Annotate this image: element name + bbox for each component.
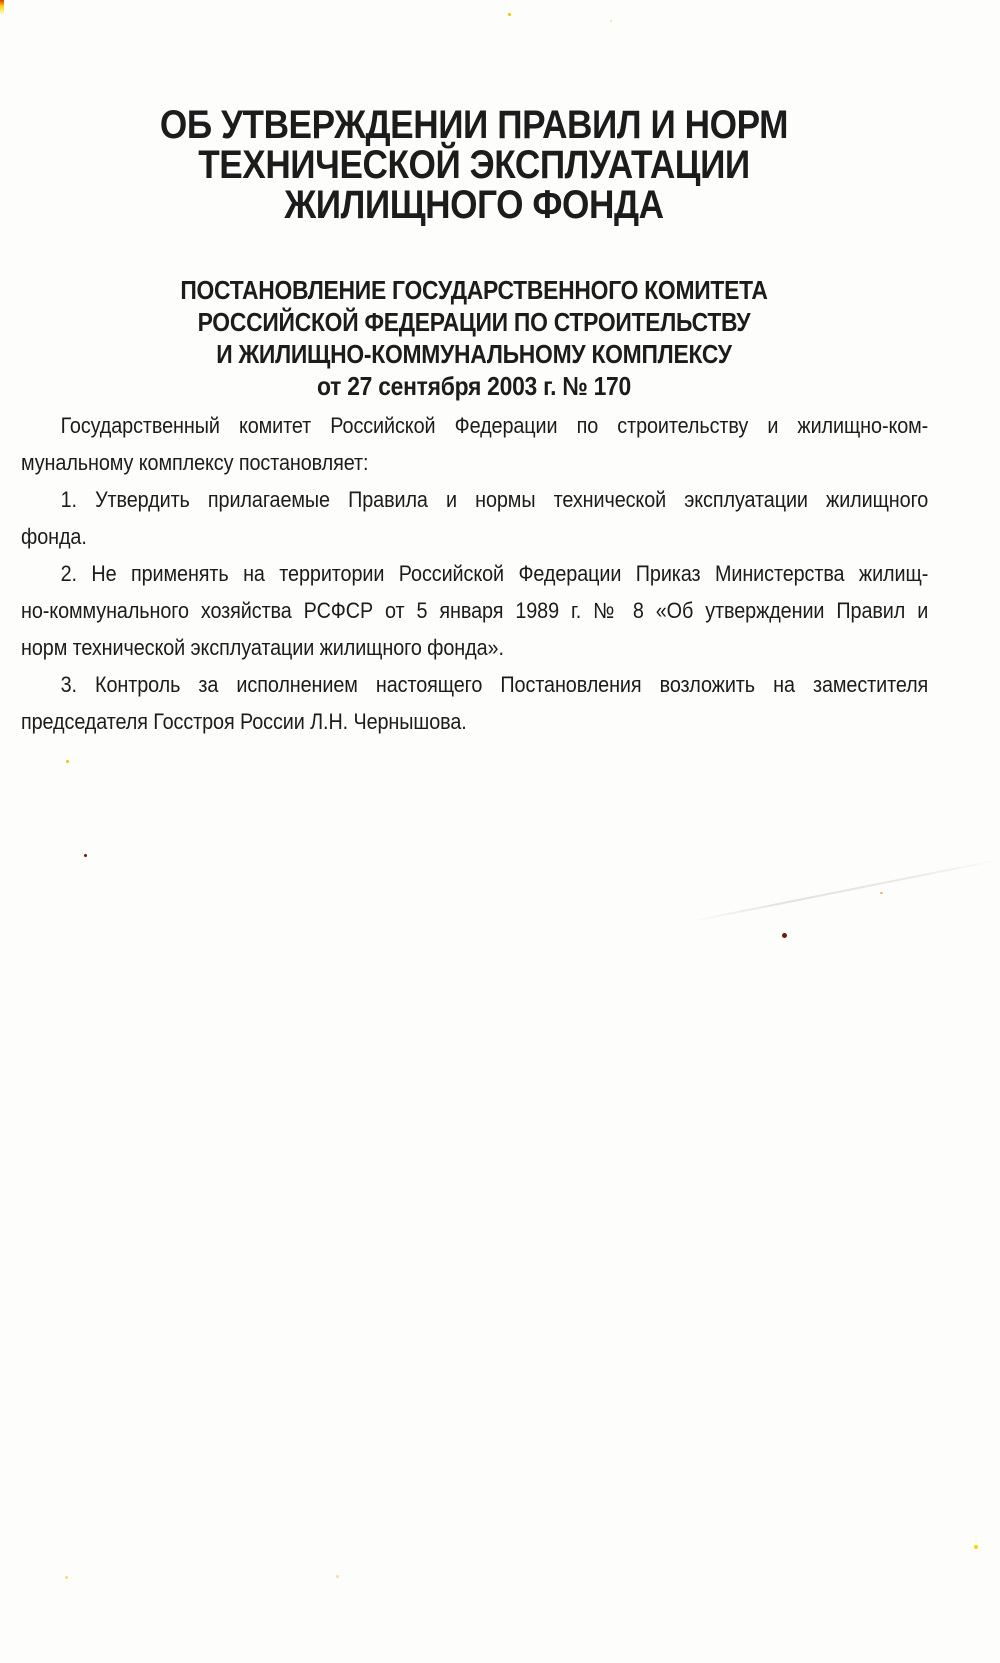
scan-speck xyxy=(782,933,787,938)
main-title: ОБ УТВЕРЖДЕНИИ ПРАВИЛ И НОРМ ТЕХНИЧЕСКОЙ… xyxy=(34,105,914,225)
body-line-6: но-коммунального хозяйства РСФСР от 5 ян… xyxy=(21,592,928,629)
scan-speck xyxy=(65,1576,68,1579)
decree-date: от 27 сентября 2003 г. № 170 xyxy=(34,370,914,402)
document-page: ОБ УТВЕРЖДЕНИИ ПРАВИЛ И НОРМ ТЕХНИЧЕСКОЙ… xyxy=(0,0,1000,1663)
body-line-2: мунальному комплексу постановляет: xyxy=(21,444,928,481)
main-title-line-3: ЖИЛИЩНОГО ФОНДА xyxy=(34,185,914,225)
decree-heading-line-2: РОССИЙСКОЙ ФЕДЕРАЦИИ ПО СТРОИТЕЛЬСТВУ xyxy=(34,306,914,338)
scan-speck xyxy=(610,20,612,22)
body-line-7: норм технической эксплуатации жилищного … xyxy=(21,629,928,666)
scan-corner-blip xyxy=(0,0,4,15)
decree-heading-line-1: ПОСТАНОВЛЕНИЕ ГОСУДАРСТВЕННОГО КОМИТЕТА xyxy=(34,274,914,306)
body-line-9: председателя Госстроя России Л.Н. Черныш… xyxy=(21,703,928,740)
main-title-line-2: ТЕХНИЧЕСКОЙ ЭКСПЛУАТАЦИИ xyxy=(34,145,914,185)
scan-speck xyxy=(508,13,511,16)
body-line-5: 2. Не применять на территории Российской… xyxy=(21,555,928,592)
scan-speck xyxy=(336,1575,339,1578)
body-line-4: фонда. xyxy=(21,518,928,555)
scan-scratch-line xyxy=(688,858,1000,923)
main-title-line-1: ОБ УТВЕРЖДЕНИИ ПРАВИЛ И НОРМ xyxy=(34,105,914,145)
decree-heading-line-3: И ЖИЛИЩНО-КОММУНАЛЬНОМУ КОМПЛЕКСУ xyxy=(34,338,914,370)
scan-speck xyxy=(880,892,883,894)
body-line-3: 1. Утвердить прилагаемые Правила и нормы… xyxy=(21,481,928,518)
decree-heading: ПОСТАНОВЛЕНИЕ ГОСУДАРСТВЕННОГО КОМИТЕТА … xyxy=(34,274,914,402)
scan-speck xyxy=(66,760,69,763)
decree-body: Государственный комитет Российской Федер… xyxy=(21,407,928,740)
body-line-8: 3. Контроль за исполнением настоящего По… xyxy=(21,666,928,703)
body-line-1: Государственный комитет Российской Федер… xyxy=(21,407,928,444)
scan-speck xyxy=(84,854,87,857)
scan-speck xyxy=(974,1545,978,1549)
